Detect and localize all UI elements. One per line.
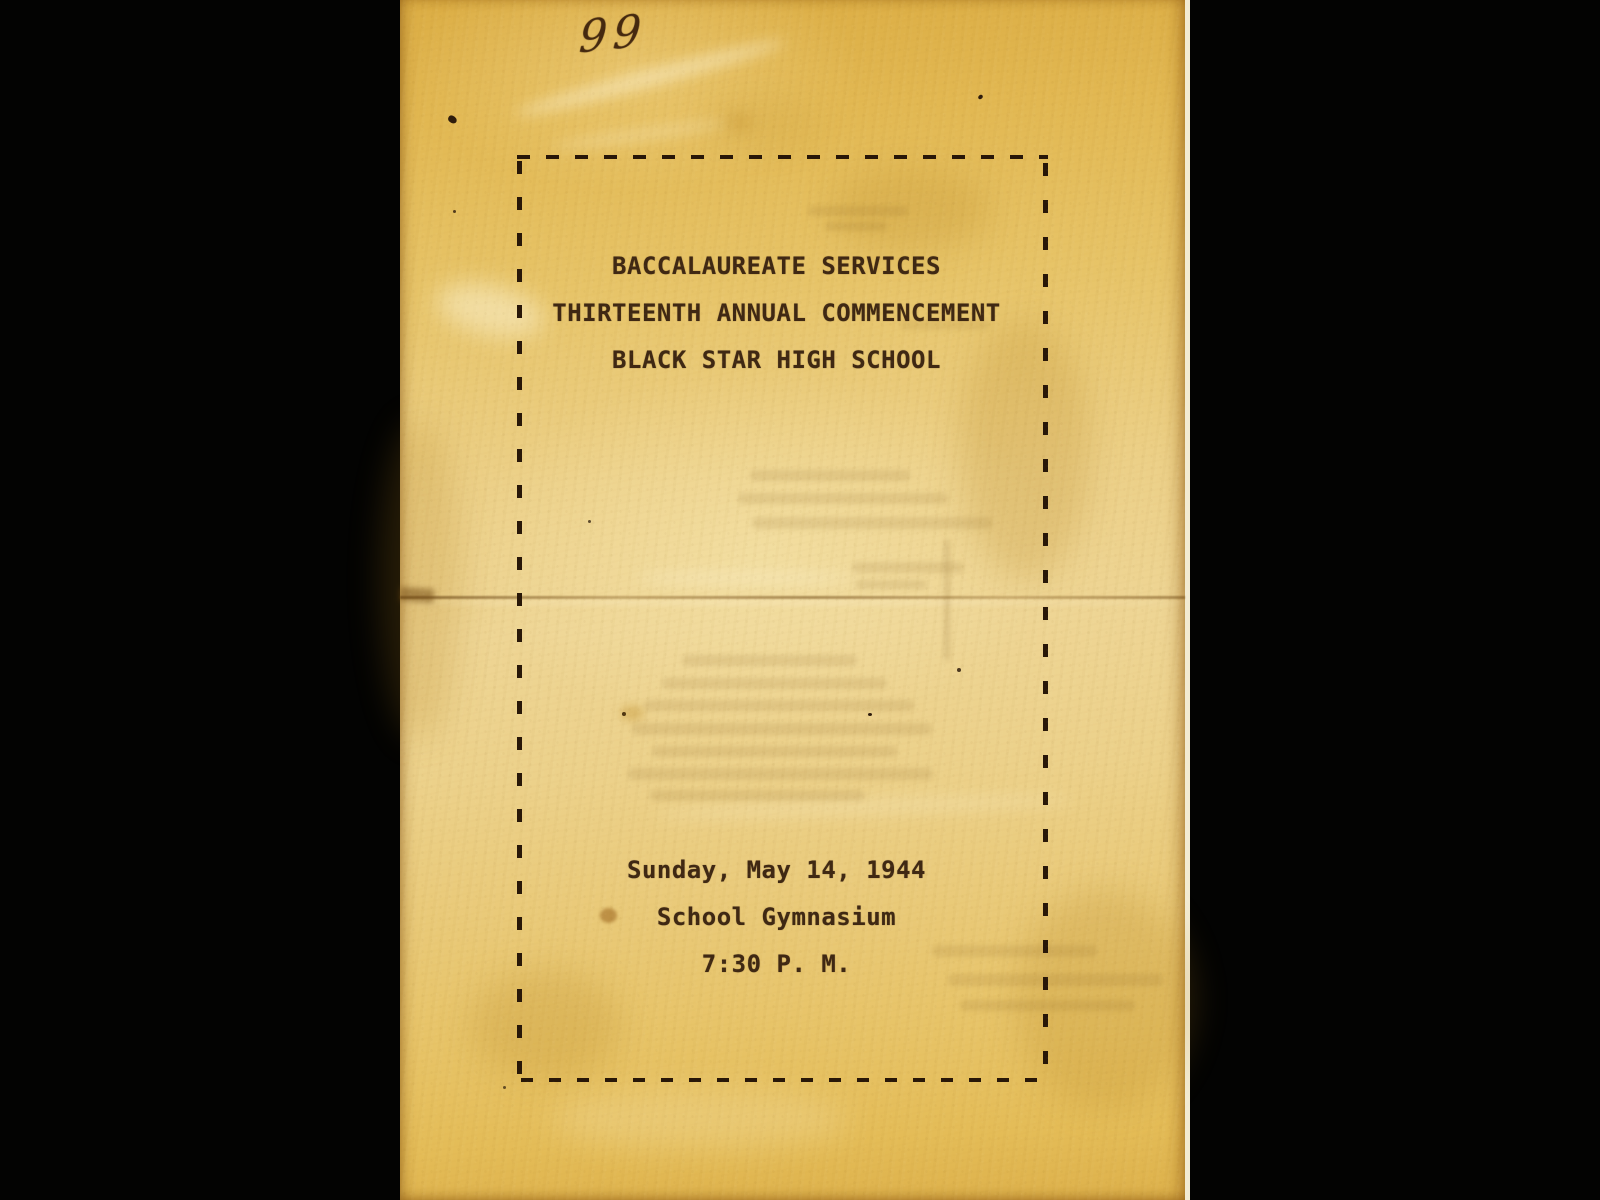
title-line-school: BLACK STAR HIGH SCHOOL (511, 337, 1042, 384)
ink-speck (453, 210, 456, 213)
paper-mottle (700, 95, 820, 150)
event-time: 7:30 P. M. (511, 941, 1042, 988)
ink-speck (503, 1086, 506, 1089)
crinkle-highlight (550, 118, 730, 153)
paper-mottle (380, 420, 460, 740)
scanner-background: 99 BACCALAUREATE SERVICES THIRTEENTH ANN… (0, 0, 1600, 1200)
title-line-services: BACCALAUREATE SERVICES (511, 243, 1042, 290)
dashed-border-bottom (521, 1078, 1052, 1082)
fold-edge-wedge (400, 587, 435, 603)
crinkle-highlight (550, 1090, 850, 1150)
dashed-border-top (517, 155, 1048, 159)
ink-speck (447, 114, 458, 124)
faint-stain (725, 112, 753, 132)
event-location: School Gymnasium (511, 894, 1042, 941)
handwritten-page-number: 99 (575, 3, 670, 93)
event-details-block: Sunday, May 14, 1944 School Gymnasium 7:… (511, 847, 1042, 988)
dashed-border-box: BACCALAUREATE SERVICES THIRTEENTH ANNUAL… (517, 155, 1048, 1082)
event-date: Sunday, May 14, 1944 (511, 847, 1042, 894)
title-block: BACCALAUREATE SERVICES THIRTEENTH ANNUAL… (511, 243, 1042, 384)
ink-speck (977, 94, 983, 100)
title-line-commencement: THIRTEENTH ANNUAL COMMENCEMENT (511, 290, 1042, 337)
program-cover-page: 99 BACCALAUREATE SERVICES THIRTEENTH ANN… (400, 0, 1190, 1200)
dashed-border-right (1043, 163, 1048, 1080)
